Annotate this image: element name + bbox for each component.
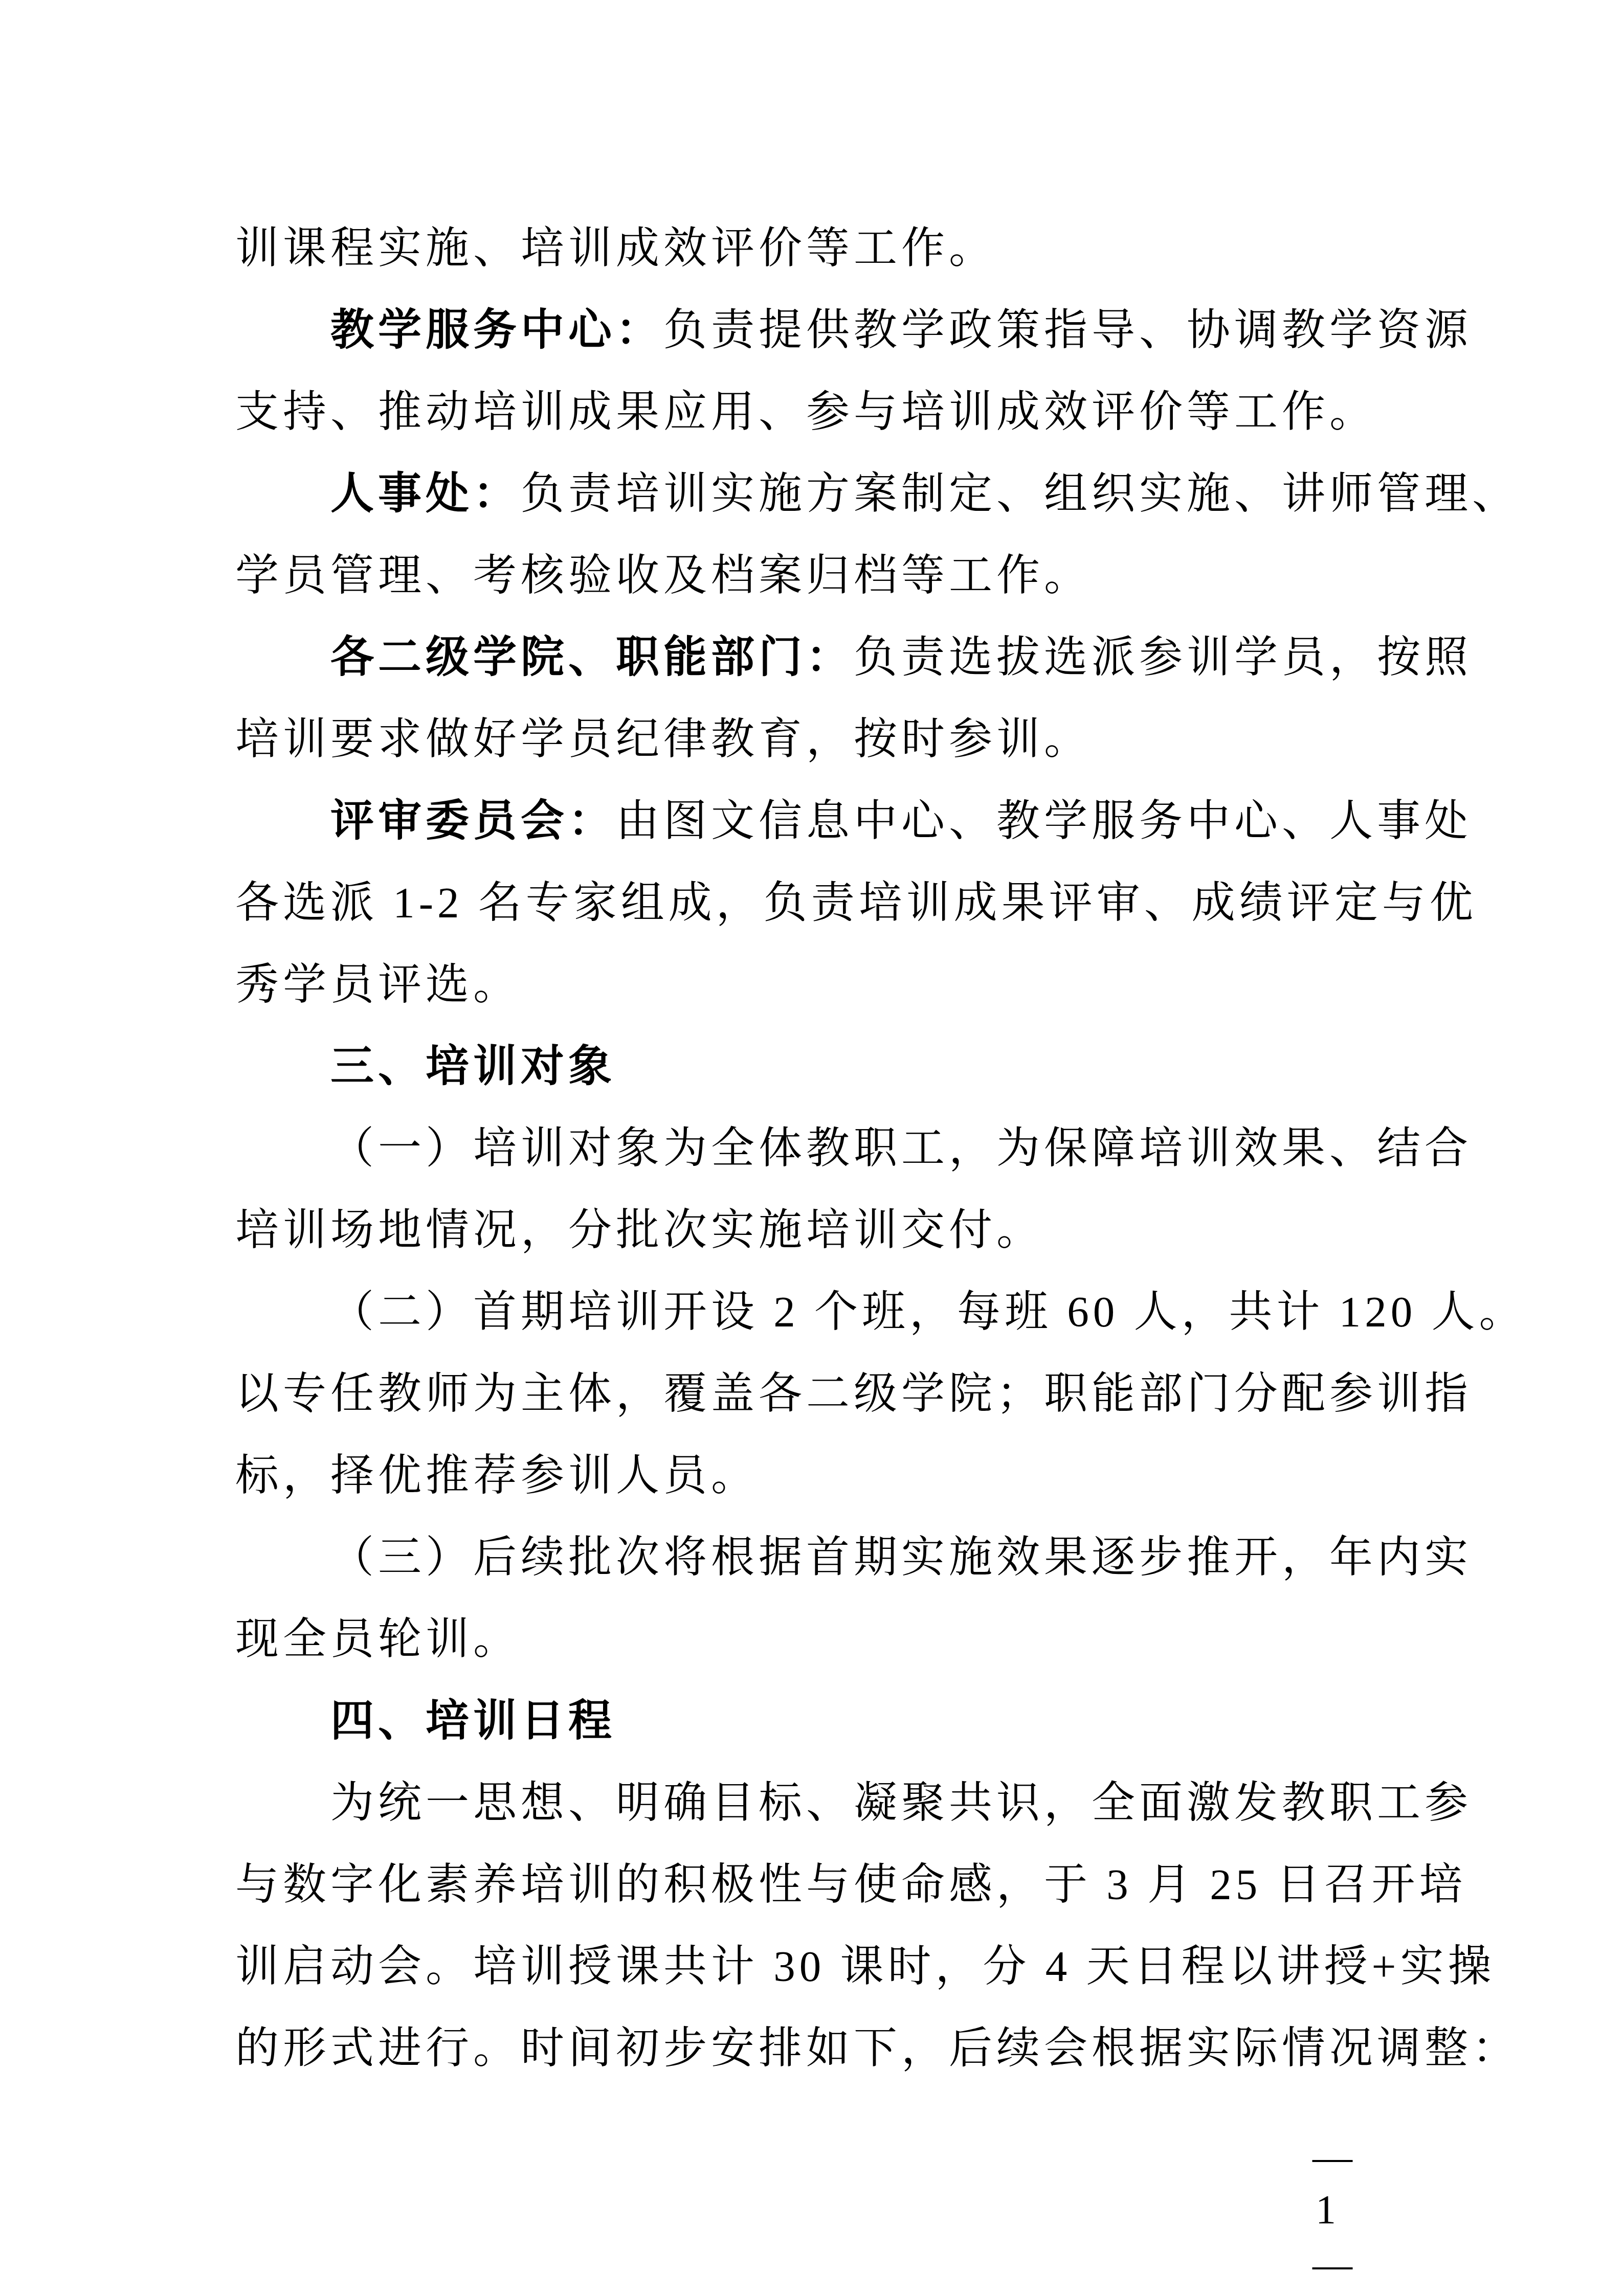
text-segment: 学员管理、考核验收及档案归档等工作。 <box>235 552 1092 600</box>
text-line: 训课程实施、培训成效评价等工作。 <box>235 208 1527 289</box>
text-line: 教学服务中心：负责提供教学政策指导、协调教学资源 <box>235 289 1527 371</box>
text-line: 学员管理、考核验收及档案归档等工作。 <box>235 535 1527 617</box>
bold-label: 各二级学院、职能部门： <box>330 634 854 682</box>
text-line: 为统一思想、明确目标、凝聚共识，全面激发教职工参 <box>235 1762 1527 1844</box>
text-segment: 由图文信息中心、教学服务中心、人事处 <box>616 797 1472 845</box>
text-segment: （三）后续批次将根据首期实施效果逐步推开，年内实 <box>330 1534 1472 1582</box>
text-segment: 支持、推动培训成果应用、参与培训成效评价等工作。 <box>235 388 1377 436</box>
text-line: （三）后续批次将根据首期实施效果逐步推开，年内实 <box>235 1517 1527 1599</box>
section-heading: 四、培训日程 <box>235 1680 1527 1762</box>
footer-dash-bottom: — <box>1312 2237 1384 2291</box>
text-line: 培训要求做好学员纪律教育，按时参训。 <box>235 699 1527 780</box>
text-line: 各二级学院、职能部门：负责选拔选派参训学员，按照 <box>235 617 1527 699</box>
text-line: 以专任教师为主体，覆盖各二级学院；职能部门分配参训指 <box>235 1353 1527 1435</box>
section-heading: 三、培训对象 <box>235 1026 1527 1108</box>
text-segment: 负责提供教学政策指导、协调教学资源 <box>663 306 1472 354</box>
text-segment: 培训场地情况，分批次实施培训交付。 <box>235 1206 1044 1254</box>
document-body: 训课程实施、培训成效评价等工作。教学服务中心：负责提供教学政策指导、协调教学资源… <box>0 0 1527 2089</box>
text-segment: 训课程实施、培训成效评价等工作。 <box>235 224 996 273</box>
bold-label: 三、培训对象 <box>330 1042 616 1091</box>
text-segment: 秀学员评选。 <box>235 961 521 1009</box>
text-line: 训启动会。培训授课共计 30 课时，分 4 天日程以讲授+实操 <box>235 1926 1527 2008</box>
bold-label: 教学服务中心： <box>330 306 663 354</box>
footer-dash-top: — <box>1312 2130 1384 2184</box>
text-line: 与数字化素养培训的积极性与使命感，于 3 月 25 日召开培 <box>235 1844 1527 1926</box>
text-segment: 的形式进行。时间初步安排如下，后续会根据实际情况调整： <box>235 2024 1520 2073</box>
text-line: 各选派 1-2 名专家组成，负责培训成果评审、成绩评定与优 <box>235 862 1527 944</box>
text-line: 评审委员会：由图文信息中心、教学服务中心、人事处 <box>235 780 1527 862</box>
text-line: 现全员轮训。 <box>235 1599 1527 1680</box>
text-line: 的形式进行。时间初步安排如下，后续会根据实际情况调整： <box>235 2008 1527 2089</box>
bold-label: 评审委员会： <box>330 797 616 845</box>
text-segment: 为统一思想、明确目标、凝聚共识，全面激发教职工参 <box>330 1779 1472 1827</box>
text-segment: 现全员轮训。 <box>235 1615 521 1663</box>
page-footer: — 1 — <box>1312 2130 1384 2291</box>
text-segment: 负责选拔选派参训学员，按照 <box>854 634 1472 682</box>
bold-label: 人事处： <box>330 470 521 518</box>
text-line: （二）首期培训开设 2 个班，每班 60 人，共计 120 人。 <box>235 1271 1527 1353</box>
text-segment: 负责培训实施方案制定、组织实施、讲师管理、 <box>521 470 1520 518</box>
text-segment: （二）首期培训开设 2 个班，每班 60 人，共计 120 人。 <box>330 1288 1527 1336</box>
text-line: （一）培训对象为全体教职工，为保障培训效果、结合 <box>235 1108 1527 1189</box>
text-segment: 各选派 1-2 名专家组成，负责培训成果评审、成绩评定与优 <box>235 879 1477 927</box>
text-line: 人事处：负责培训实施方案制定、组织实施、讲师管理、 <box>235 453 1527 535</box>
text-line: 培训场地情况，分批次实施培训交付。 <box>235 1189 1527 1271</box>
text-segment: 培训要求做好学员纪律教育，按时参训。 <box>235 715 1092 763</box>
bold-label: 四、培训日程 <box>330 1697 616 1745</box>
text-line: 秀学员评选。 <box>235 944 1527 1026</box>
text-segment: 以专任教师为主体，覆盖各二级学院；职能部门分配参训指 <box>235 1370 1472 1418</box>
document-page: 训课程实施、培训成效评价等工作。教学服务中心：负责提供教学政策指导、协调教学资源… <box>0 0 1624 2296</box>
text-segment: （一）培训对象为全体教职工，为保障培训效果、结合 <box>330 1124 1472 1173</box>
text-line: 支持、推动培训成果应用、参与培训成效评价等工作。 <box>235 371 1527 453</box>
text-segment: 训启动会。培训授课共计 30 课时，分 4 天日程以讲授+实操 <box>235 1943 1495 1991</box>
text-segment: 标，择优推荐参训人员。 <box>235 1452 759 1500</box>
text-line: 标，择优推荐参训人员。 <box>235 1435 1527 1517</box>
page-number: 1 <box>1312 2184 1384 2237</box>
text-segment: 与数字化素养培训的积极性与使命感，于 3 月 25 日召开培 <box>235 1861 1467 1909</box>
